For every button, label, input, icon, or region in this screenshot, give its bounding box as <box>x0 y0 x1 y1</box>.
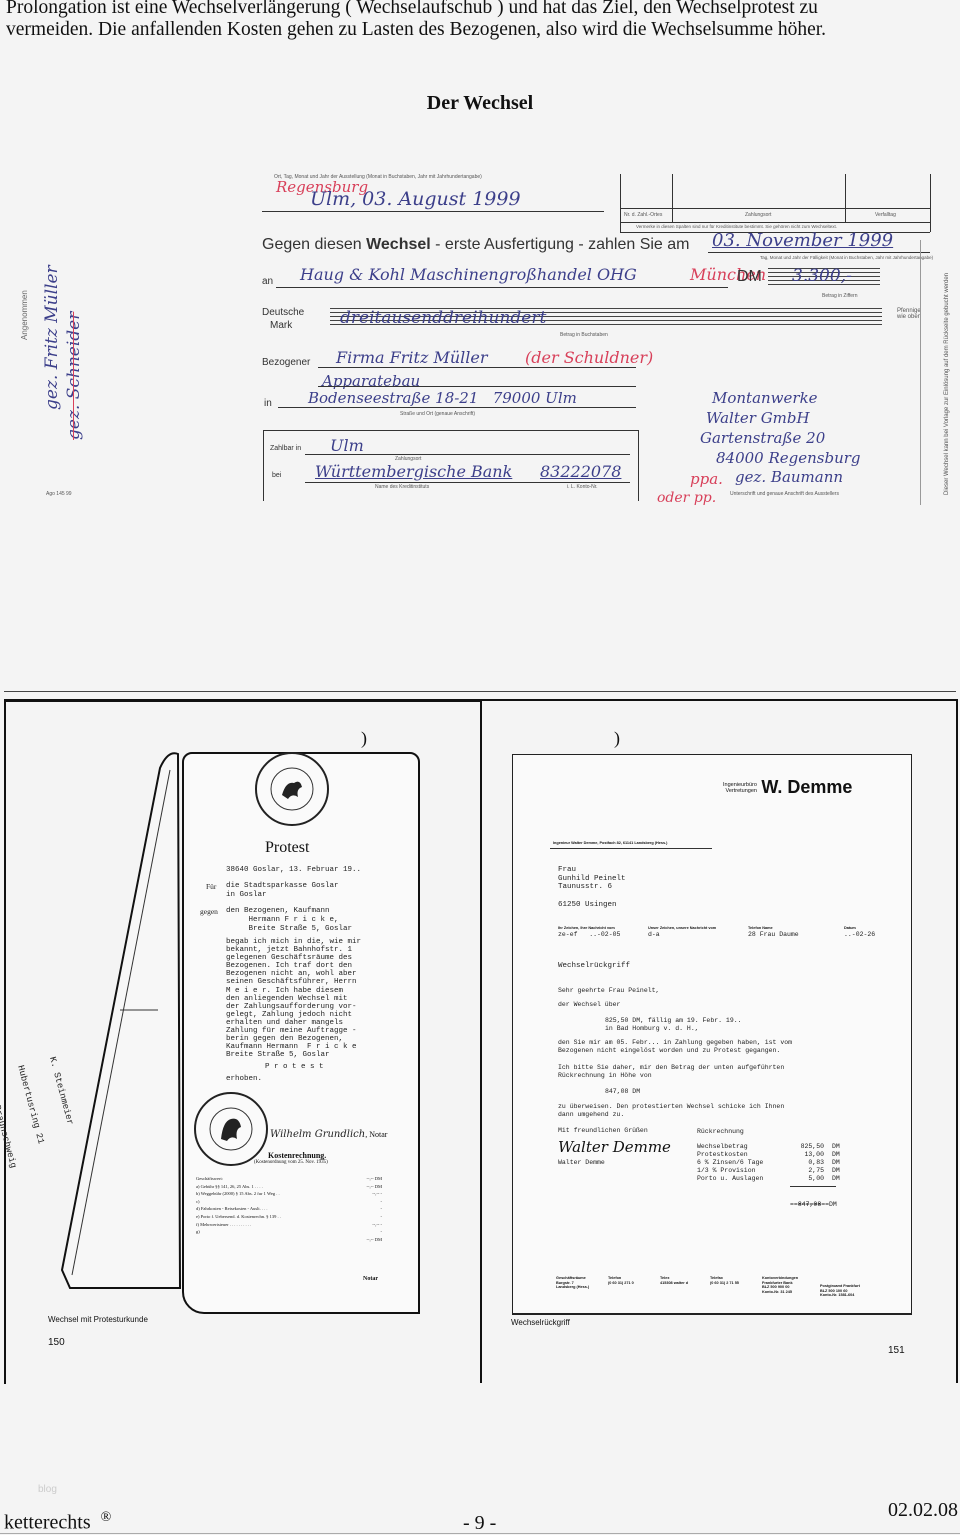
intro-line-2: vermeiden. Die anfallenden Kosten gehen … <box>6 19 956 41</box>
left-page-number: 150 <box>48 1337 65 1348</box>
place-date: Ulm, 03. August 1999 <box>310 188 521 210</box>
issuer-sig-prefix: ppa. <box>690 470 723 488</box>
calc-row: Protestkosten13,00DM <box>697 1151 842 1159</box>
calc-row: 6 % Zinsen/6 Tage0,83DM <box>697 1159 842 1167</box>
bank-caption: Name des Kreditinstituts <box>375 484 429 490</box>
bank-label: bei <box>272 472 281 479</box>
right-caption: Wechselrückgriff <box>511 1318 570 1327</box>
cost-row: c)- <box>196 1198 382 1206</box>
calc-row: Porto u. Auslagen5,00DM <box>697 1175 842 1183</box>
calc-row: 1/3 % Provision2,75DM <box>697 1167 842 1175</box>
footer-brand: ketterechts® <box>4 1510 111 1535</box>
accepted-signature-1: gez. Fritz Müller <box>42 265 62 410</box>
address-caption: Straße und Ort (genaue Anschrift) <box>400 411 475 417</box>
letter-footer-column: Kontoverbindungen Frankfurter Bank BLZ 5… <box>762 1276 798 1294</box>
writer-printed-name: Walter Demme <box>558 1158 605 1167</box>
accepted-label: Angenommen <box>20 290 29 340</box>
due-caption: Tag, Monat und Jahr der Fälligkeit (Mona… <box>760 255 933 260</box>
reference-field: Datum..-02-26 <box>844 926 875 939</box>
amount-figures-caption: Betrag in Ziffern <box>822 293 857 299</box>
issuer-address: Montanwerke Walter GmbH Gartenstraße 20 … <box>712 388 861 468</box>
letter-footer-column: Telefon (0 60 31) 271 0 <box>608 1276 634 1285</box>
amount-words-caption: Betrag in Buchstaben <box>560 332 608 338</box>
pfennige-caption: Pfennige wie oben <box>897 308 929 320</box>
letter-footer: Geschäftsräume Burgstr. 7 Landsberg (Hes… <box>556 1276 876 1301</box>
gegen-label: gegen <box>200 907 218 916</box>
notary-seal-top <box>255 752 329 826</box>
cost-row: --,-- DM <box>196 1236 382 1244</box>
fuer-label: Für <box>206 882 216 891</box>
letter-p1: der Wechsel über <box>558 1000 620 1009</box>
form-code: Ago 145 99 <box>46 491 72 497</box>
reference-field: Unser Zeichen, unsere Nachricht vomd-a <box>648 926 716 939</box>
payable-label: Zahlbar in <box>270 445 301 452</box>
cost-row: e) Porto f. Uebersend. d. Kostenrechn. §… <box>196 1213 382 1221</box>
letter-footer-column: Geschäftsräume Burgstr. 7 Landsberg (Hes… <box>556 1276 589 1290</box>
issuer-alt: oder pp. <box>657 490 716 506</box>
currency-label: DM <box>737 268 762 286</box>
section-title: Der Wechsel <box>0 92 960 115</box>
letter-subject: Wechselrückgriff <box>558 962 630 971</box>
protest-word: P r o t e s t <box>265 1063 324 1072</box>
notary-signature: Wilhelm Grundlich, Notar <box>270 1129 387 1140</box>
letter-p2: den Sie mir am 05. Febr... in Zahlung ge… <box>558 1039 792 1054</box>
letter-p3: Ich bitte Sie daher, mir den Betrag der … <box>558 1064 784 1079</box>
protest-date-line: 38640 Goslar, 13. Februar 19.. <box>226 866 361 875</box>
an-label: an <box>262 276 273 287</box>
left-caption: Wechsel mit Protesturkunde <box>48 1315 148 1324</box>
folded-bill: K. Steinmeier Hubertusring 21 38104 Brau… <box>60 750 182 1290</box>
side-note: Dieser Wechsel kann bei Vorlage zur Einl… <box>944 273 950 495</box>
scan-top-line <box>4 691 956 692</box>
reference-row: Ihr Zeichen, Ihre Nachricht vomze-ef ..-… <box>558 926 888 946</box>
drawee-note: (der Schuldner) <box>525 348 653 367</box>
drawee-address: Bodenseestraße 18-21 79000 Ulm <box>308 389 577 407</box>
protest-title: Protest <box>265 839 309 857</box>
intro-paragraph: Prolongation ist eine Wechselverlängerun… <box>6 0 956 41</box>
watermark: blog <box>38 1484 57 1495</box>
due-date: 03. November 1999 <box>712 230 893 251</box>
gegen-text: den Bezogenen, Kaufmann Hermann F r i c … <box>226 907 352 934</box>
amount-words: dreitausenddreihundert <box>340 308 546 328</box>
cost-table: Geschäftswert:--,-- DMa) Gebühr §§ 141, … <box>196 1175 382 1243</box>
letter-document <box>512 754 912 1315</box>
company-name: W. Demme <box>761 777 852 797</box>
company-header: Ingenieurbüro Vertretungen W. Demme <box>723 777 852 798</box>
box-col-3: Verfalltag <box>875 212 896 218</box>
notar-label: Notar <box>363 1276 378 1282</box>
drawee-name: Firma Fritz Müller <box>336 348 488 367</box>
issuer-caption: Unterschrift und genaue Anschrift des Au… <box>730 491 839 497</box>
letter-p3-amount: 847,08 DM <box>605 1087 640 1096</box>
cost-row: g)- <box>196 1228 382 1236</box>
payee: Haug & Kohl Maschinengroßhandel OHG <box>300 265 637 284</box>
bill-main-line: Gegen diesen Wechsel - erste Ausfertigun… <box>262 236 690 254</box>
drawee-label: Bezogener <box>262 357 310 368</box>
salutation: Sehr geehrte Frau Peinelt, <box>558 986 659 995</box>
letter-p1-indent: 825,50 DM, fällig am 19. Febr. 19.. in B… <box>605 1017 742 1032</box>
notary-seal-bottom <box>194 1092 268 1166</box>
letter-footer-column: Postgiroamt Frankfurt BLZ 500 100 60 Kon… <box>820 1284 860 1298</box>
calc-table: Wechselbetrag825,50DMProtestkosten13,00D… <box>697 1143 842 1183</box>
cost-row: b) Weggebühr (2000) § 15 Abs. 2 fur 1 We… <box>196 1190 382 1198</box>
issuer-signature: gez. Baumann <box>735 468 843 486</box>
protest-body: begab ich mich in die, wie mir bekannt, … <box>226 938 361 1059</box>
box-col-2: Zahlungsort <box>745 212 771 218</box>
intro-line-1: Prolongation ist eine Wechselverlängerun… <box>6 0 956 19</box>
bill-of-exchange: Angenommen gez. Fritz Müller gez. Schnei… <box>0 160 960 505</box>
payable-city: Ulm <box>330 436 364 455</box>
cost-row: f) Mehrwertsteuer . . . . . . . . . .--,… <box>196 1221 382 1229</box>
in-label: in <box>264 398 272 409</box>
wechsel-word: Wechsel <box>366 236 431 253</box>
amount-figures: 3.300,- <box>792 266 852 286</box>
bank-name: Württembergische Bank <box>315 462 512 481</box>
cost-title: Kostenrechnung. <box>268 1151 326 1160</box>
calc-title: Rückrechnung <box>697 1127 744 1136</box>
footer-page: - 9 - <box>463 1512 496 1535</box>
erhoben: erhoben. <box>226 1075 262 1084</box>
dm-label: Deutsche Mark <box>262 306 304 332</box>
calc-row: Wechselbetrag825,50DM <box>697 1143 842 1151</box>
accepted-signature-2: gez. Schneider <box>64 312 84 440</box>
sender-line: Ingenieur Walter Demme, Postfach 82, 611… <box>553 841 667 845</box>
cost-row: Geschäftswert:--,-- DM <box>196 1175 382 1183</box>
box-col-1: Nr. d. Zahl.-Ortes <box>624 212 662 218</box>
letter-p4: zu überweisen. Den protestierten Wechsel… <box>558 1103 784 1118</box>
cost-row: a) Gebühr §§ 141, 26, 25 Abs. 1 . . . .-… <box>196 1183 382 1191</box>
reference-field: Telefon Name28 Frau Daume <box>748 926 799 939</box>
closing: Mit freundlichen Grüßen <box>558 1126 648 1135</box>
drawee-line-2: Apparatebau <box>322 372 420 390</box>
footer-date: 02.02.08 <box>888 1499 958 1522</box>
box-note: Vermerke in diesen Spalten sind nur für … <box>636 224 837 229</box>
letter-footer-column: Telex 415308 walter d <box>660 1276 688 1285</box>
calc-underline: ========== <box>790 1200 829 1209</box>
reference-field: Ihr Zeichen, Ihre Nachricht vomze-ef ..-… <box>558 926 620 939</box>
writer-signature: Walter Demme <box>558 1138 671 1156</box>
account-number: 83222078 <box>540 462 621 481</box>
recipient-address: Frau Gunhild Peinelt Taunusstr. 6 61250 … <box>558 866 626 910</box>
cost-subtitle: (Kostenordnung vom 25. Nov. 1935) <box>254 1160 328 1165</box>
cost-row: d) Fahrkosten - Reisekosten - Auslt. . .… <box>196 1205 382 1213</box>
right-page-number: 151 <box>888 1345 905 1356</box>
account-caption: i. L. Konto-Nr. <box>567 484 598 490</box>
letter-footer-column: Telefax (0 60 31) 2 71 55 <box>710 1276 739 1285</box>
fuer-text: die Stadtsparkasse Goslar in Goslar <box>226 882 339 900</box>
